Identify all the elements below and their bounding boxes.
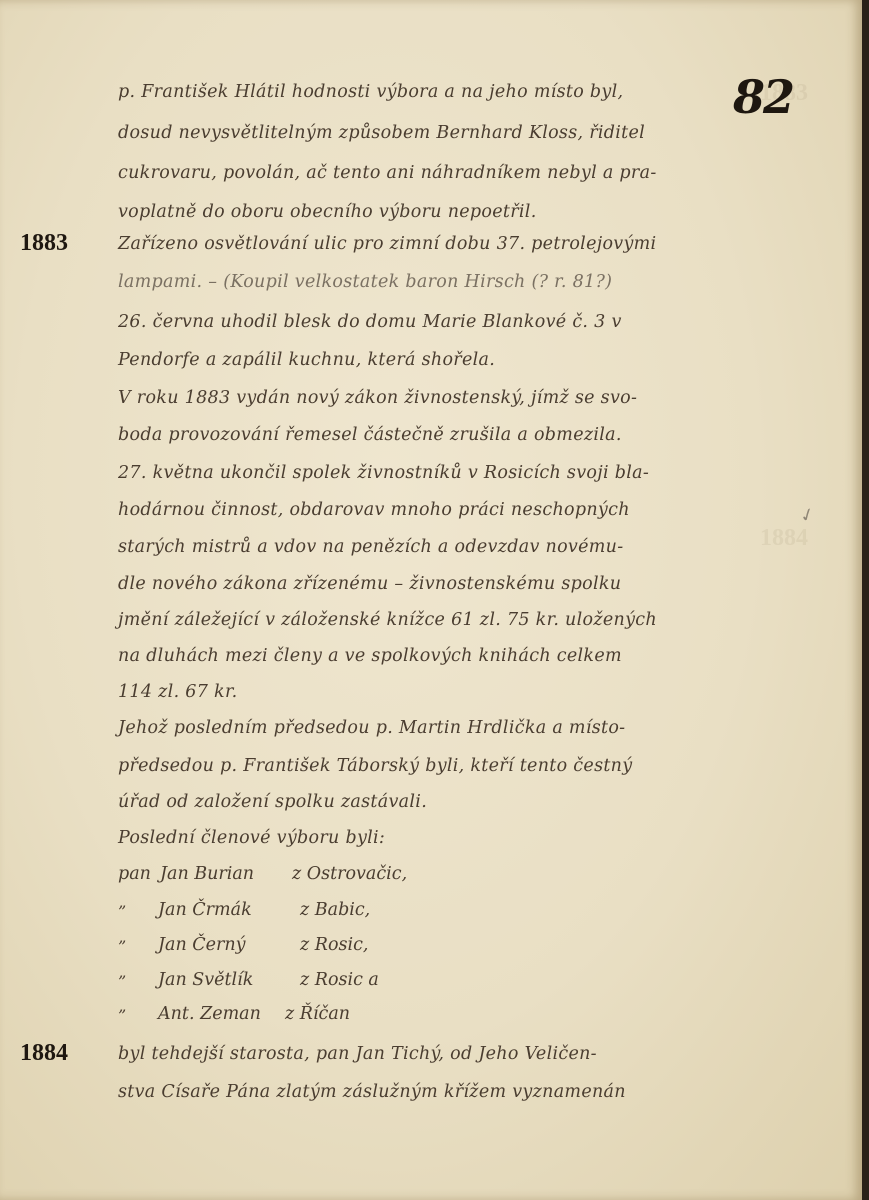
text-line: voplatně do oboru obecního výboru nepoet… — [118, 202, 537, 222]
member-origin: z Rosic a — [300, 970, 379, 990]
text-line: jmění záležející v záloženské knížce 61 … — [118, 610, 657, 630]
member-name: Jan Světlík — [158, 970, 253, 990]
text-line: 114 zl. 67 kr. — [118, 682, 238, 702]
page-number: 82 — [733, 70, 793, 124]
member-name: Jan Černý — [158, 935, 246, 955]
manuscript-page: 1883 1884 82 p. František Hlátil hodnost… — [0, 0, 862, 1200]
text-line: p. František Hlátil hodnosti výbora a na… — [118, 82, 623, 102]
bleed-through-mark: 1884 — [760, 525, 808, 552]
text-line: boda provozování řemesel částečně zrušil… — [118, 425, 622, 445]
text-line: Pendorfe a zapálil kuchnu, která shořela… — [118, 350, 495, 370]
text-line: dosud nevysvětlitelným způsobem Bernhard… — [118, 123, 645, 143]
member-prefix: pan — [118, 864, 151, 884]
text-line: Jehož posledním předsedou p. Martin Hrdl… — [118, 718, 625, 738]
member-name: Ant. Zeman — [158, 1004, 261, 1024]
member-name: Jan Burian — [160, 864, 254, 884]
ditto-mark: ” — [118, 937, 126, 956]
text-line: byl tehdejší starosta, pan Jan Tichý, od… — [118, 1044, 597, 1064]
ditto-mark: ” — [118, 1006, 126, 1025]
member-origin: z Říčan — [285, 1004, 350, 1024]
text-line: lampami. – (Koupil velkostatek baron Hir… — [118, 272, 612, 292]
text-line: dle nového zákona zřízenému – živnostens… — [118, 574, 621, 594]
member-name: Jan Črmák — [158, 900, 252, 920]
text-line: na dluhách mezi členy a ve spolkových kn… — [118, 646, 622, 666]
text-line: Zařízeno osvětlování ulic pro zimní dobu… — [118, 234, 656, 254]
text-line: stva Císaře Pána zlatým záslužným křížem… — [118, 1082, 626, 1102]
text-line: V roku 1883 vydán nový zákon živnostensk… — [118, 388, 637, 408]
member-origin: z Rosic, — [300, 935, 368, 955]
text-line: starých mistrů a vdov na penězích a odev… — [118, 537, 623, 557]
member-origin: z Ostrovačic, — [292, 864, 407, 884]
text-line: předsedou p. František Táborský byli, kt… — [118, 756, 632, 776]
text-line: Poslední členové výboru byli: — [118, 828, 385, 848]
ditto-mark: ” — [118, 972, 126, 991]
text-line: 26. června uhodil blesk do domu Marie Bl… — [118, 312, 622, 332]
member-origin: z Babic, — [300, 900, 370, 920]
ditto-mark: ” — [118, 902, 126, 921]
text-line: hodárnou činnost, obdarovav mnoho práci … — [118, 500, 630, 520]
text-line: úřad od založení spolku zastávali. — [118, 792, 427, 812]
year-heading: 1884 — [20, 1040, 68, 1067]
text-line: 27. května ukončil spolek živnostníků v … — [118, 463, 649, 483]
year-heading: 1883 — [20, 230, 68, 257]
text-line: cukrovaru, povolán, ač tento ani náhradn… — [118, 163, 657, 183]
